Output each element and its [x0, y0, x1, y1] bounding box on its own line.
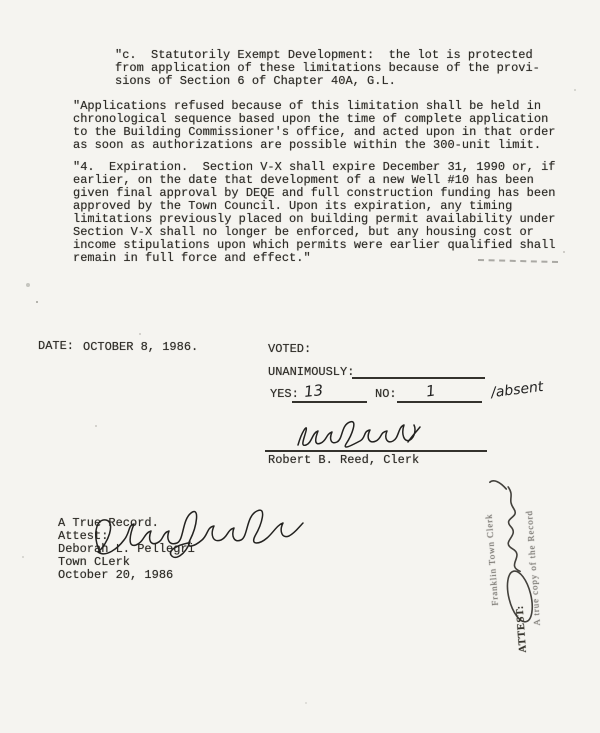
clerk-signature-line	[265, 450, 487, 452]
signature-deborah-pellegri	[90, 508, 310, 564]
paragraph-expiration: "4. Expiration. Section V-X shall expire…	[73, 161, 555, 265]
clerk-name-label: Robert B. Reed, Clerk	[268, 454, 419, 467]
yes-blank-line	[292, 401, 367, 403]
yes-label: YES:	[270, 388, 299, 401]
absent-note-handwritten: /absent	[490, 379, 544, 401]
scan-noise-speckles	[0, 0, 2, 2]
signature-robert-reed	[296, 419, 422, 451]
paragraph-applications-refused: "Applications refused because of this li…	[73, 100, 555, 152]
voted-label: VOTED:	[268, 343, 311, 356]
no-count-handwritten: 1	[425, 381, 437, 400]
town-clerk-stamp: A true copy of the Record Franklin Town …	[470, 478, 585, 693]
yes-count-handwritten: 13	[303, 381, 324, 401]
date-label: DATE:	[38, 340, 74, 353]
scanned-document-page: "c. Statutorily Exempt Development: the …	[0, 0, 600, 733]
date-value: OCTOBER 8, 1986.	[83, 341, 198, 354]
unanimously-label: UNANIMOUSLY:	[268, 366, 354, 379]
paragraph-statutorily-exempt: "c. Statutorily Exempt Development: the …	[115, 49, 540, 88]
no-blank-line	[397, 401, 482, 403]
attest-date: October 20, 1986	[58, 569, 173, 582]
no-label: NO:	[375, 388, 397, 401]
unanimously-blank-line	[352, 377, 485, 379]
